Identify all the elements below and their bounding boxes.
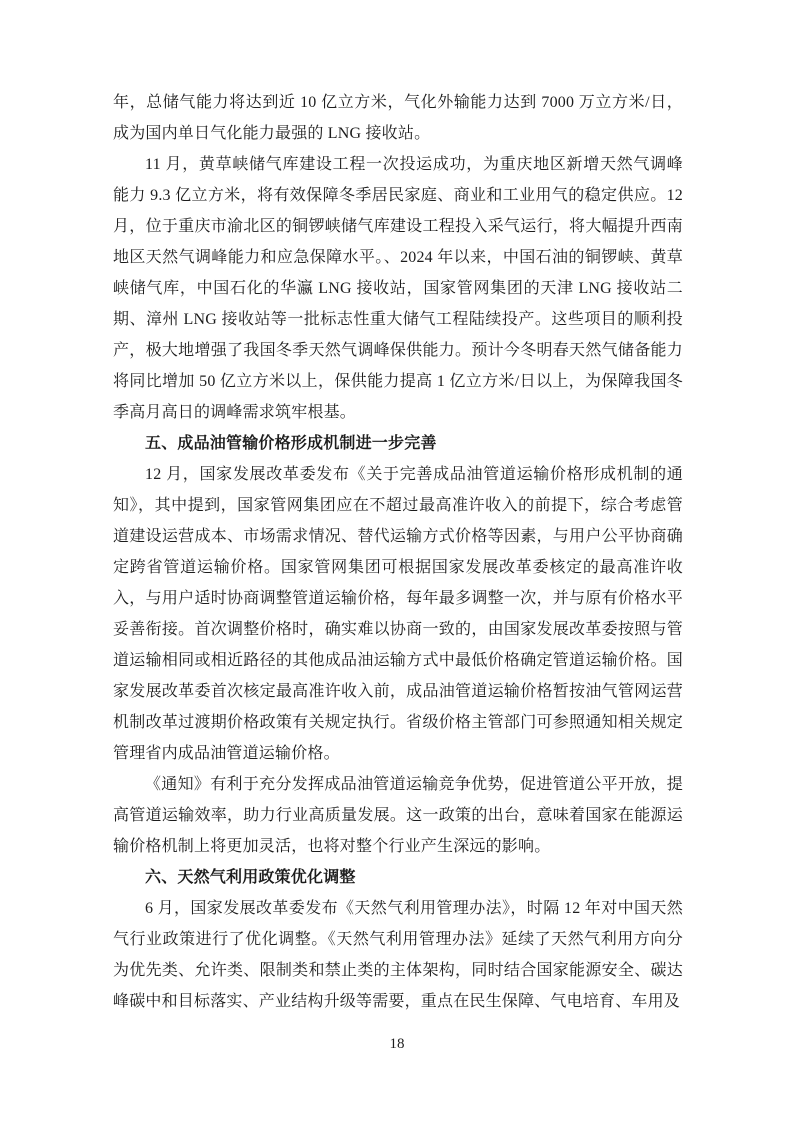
paragraph-lng-terminal-continuation: 年，总储气能力将达到近 10 亿立方米，气化外输能力达到 7000 万立方米/日… — [113, 87, 683, 149]
paragraph-gas-storage-projects: 11 月，黄草峡储气库建设工程一次投运成功，为重庆地区新增天然气调峰能力 9.3… — [113, 149, 683, 428]
page-body-text: 年，总储气能力将达到近 10 亿立方米，气化外输能力达到 7000 万立方米/日… — [113, 87, 683, 1017]
paragraph-gas-utilization-policy: 6 月，国家发展改革委发布《天然气利用管理办法》，时隔 12 年对中国天然气行业… — [113, 893, 683, 1017]
paragraph-notice-benefits: 《通知》有利于充分发挥成品油管道运输竞争优势，促进管道公平开放，提高管道运输效率… — [113, 769, 683, 862]
paragraph-pipeline-pricing-notice: 12 月，国家发展改革委发布《关于完善成品油管道运输价格形成机制的通知》，其中提… — [113, 459, 683, 769]
page-number: 18 — [0, 1034, 794, 1054]
document-page: 年，总储气能力将达到近 10 亿立方米，气化外输能力达到 7000 万立方米/日… — [0, 0, 794, 1123]
section-5-heading: 五、成品油管输价格形成机制进一步完善 — [113, 428, 683, 459]
section-6-heading: 六、天然气利用政策优化调整 — [113, 862, 683, 893]
